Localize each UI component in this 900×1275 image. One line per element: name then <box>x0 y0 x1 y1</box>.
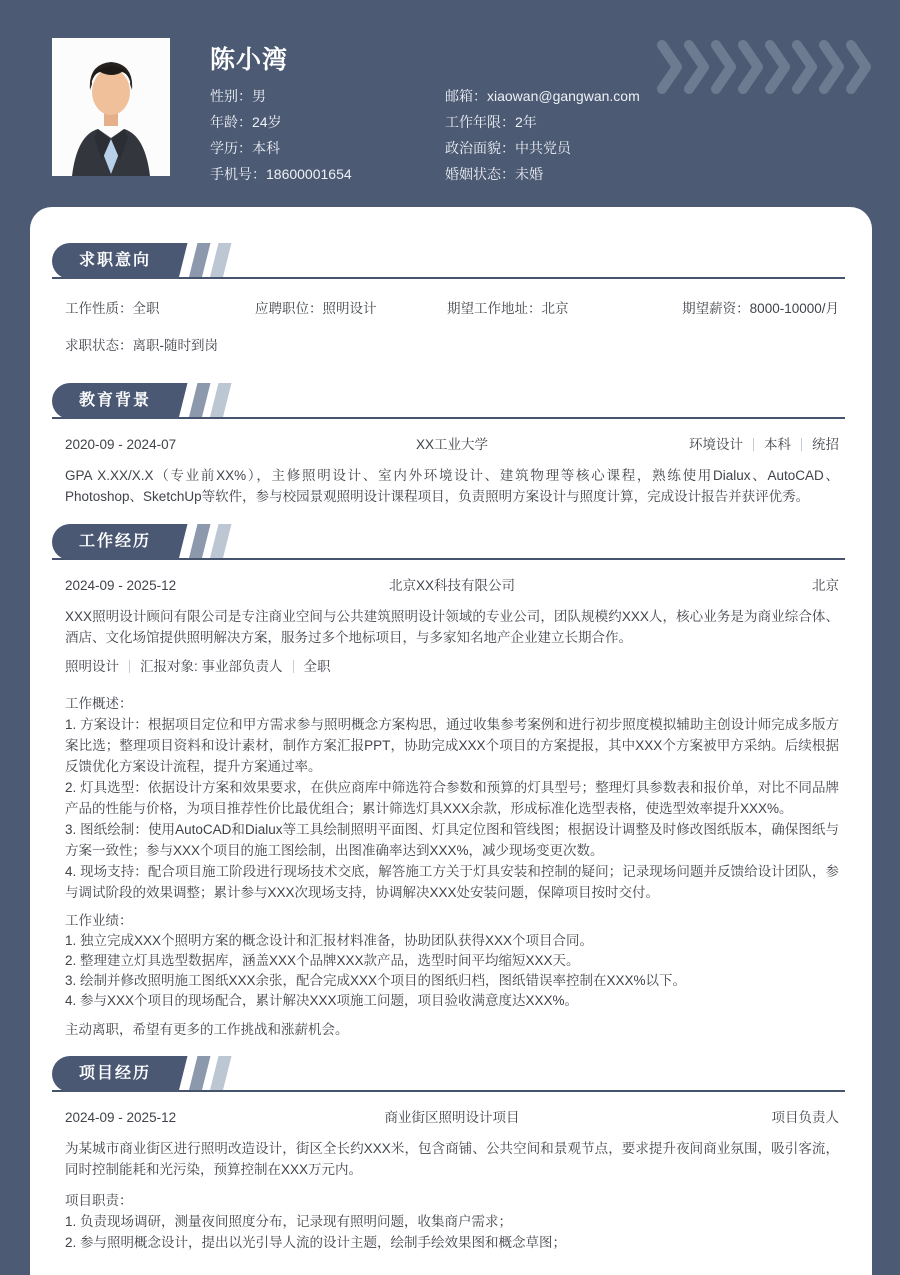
info-gender: 性别：男 <box>210 83 352 109</box>
profile-photo <box>52 38 170 176</box>
info-experience-years: 工作年限：2年 <box>445 109 640 135</box>
header-info-left: 性别：男 年龄：24岁 学历：本科 手机号：18600001654 <box>210 83 352 187</box>
field-value: 离职-随时到岗 <box>133 338 219 353</box>
profile-photo-illustration <box>52 38 170 176</box>
work-overview-item: 2. 灯具选型：依据设计方案和效果要求，在供应商库中筛选符合参数和预算的灯具型号… <box>65 777 839 819</box>
section-title-badge: 求职意向 <box>52 243 185 279</box>
info-label: 工作年限： <box>445 114 515 130</box>
company-name: 北京XX科技有限公司 <box>275 577 629 595</box>
badge-stripe-icon <box>210 243 232 279</box>
info-phone: 手机号：18600001654 <box>210 161 352 187</box>
field-value: 全职 <box>133 301 160 316</box>
work-location: 北京 <box>629 577 839 595</box>
project-role: 项目负责人 <box>629 1109 839 1127</box>
project-name: 商业街区照明设计项目 <box>275 1109 629 1127</box>
field-label: 工作性质： <box>65 301 133 316</box>
project-entry-row: 2024-09 - 2025-12 商业街区照明设计项目 项目负责人 <box>65 1109 839 1127</box>
info-political-status: 政治面貌：中共党员 <box>445 135 640 161</box>
project-duty-label: 项目职责： <box>65 1190 839 1211</box>
work-period: 2024-09 - 2025-12 <box>65 577 275 595</box>
education-description: GPA X.XX/X.X（专业前XX%），主修照明设计、室内外环境设计、建筑物理… <box>65 465 839 507</box>
major-tag: 环境设计 <box>689 437 743 452</box>
position-tag: 照明设计 <box>65 659 119 674</box>
target-position-field: 应聘职位：照明设计 <box>255 300 447 318</box>
field-label: 求职状态： <box>65 338 133 353</box>
badge-stripe-icon <box>210 383 232 419</box>
leaving-reason: 主动离职，希望有更多的工作挑战和涨薪机会。 <box>65 1020 839 1040</box>
resume-card: 求职意向 工作性质：全职 应聘职位：照明设计 期望工作地址：北京 期望薪资：80… <box>30 207 872 1275</box>
project-duty-item: 2. 参与照明概念设计，提出以光引导人流的设计主题，绘制手绘效果图和概念草图； <box>65 1232 839 1253</box>
section-job-intent: 工作性质：全职 应聘职位：照明设计 期望工作地址：北京 期望薪资：8000-10… <box>52 300 845 355</box>
resume-page: { "theme":{ "bg":"#4c5a74", "accent":"#4… <box>0 0 900 1275</box>
field-value: 北京 <box>542 301 569 316</box>
info-label: 邮箱： <box>445 88 487 104</box>
badge-stripe-icon <box>210 524 232 560</box>
project-description: 为某城市商业街区进行照明改造设计，街区全长约XXX米，包含商铺、公共空间和景观节… <box>65 1138 839 1180</box>
work-overview-item: 4. 现场支持：配合项目施工阶段进行现场技术交底，解答施工方关于灯具安装和控制的… <box>65 861 839 903</box>
header: 陈小湾 性别：男 年龄：24岁 学历：本科 手机号：18600001654 邮箱… <box>0 0 900 207</box>
info-value: 2年 <box>515 114 537 130</box>
info-label: 性别： <box>210 88 252 104</box>
project-duties: 项目职责： 1. 负责现场调研，测量夜间照度分布，记录现有照明问题，收集商户需求… <box>65 1190 839 1253</box>
pipe-divider <box>753 438 754 451</box>
work-achievement-item: 2. 整理建立灯具选型数据库，涵盖XXX个品牌XXX款产品，选型时间平均缩短XX… <box>65 951 839 971</box>
pipe-divider <box>293 660 294 673</box>
badge-stripe-icon <box>189 524 211 560</box>
badge-stripe-icon <box>189 383 211 419</box>
field-value: 8000-10000/月 <box>750 301 839 316</box>
info-age: 年龄：24岁 <box>210 109 352 135</box>
info-label: 政治面貌： <box>445 140 515 156</box>
info-label: 年龄： <box>210 114 252 130</box>
work-entry-row: 2024-09 - 2025-12 北京XX科技有限公司 北京 <box>65 577 839 595</box>
field-value: 照明设计 <box>323 301 377 316</box>
info-label: 手机号： <box>210 166 266 182</box>
section-header-education: 教育背景 <box>52 383 845 419</box>
company-intro: XXX照明设计顾问有限公司是专注商业空间与公共建筑照明设计领域的专业公司，团队规… <box>65 606 839 648</box>
job-intent-row: 工作性质：全职 应聘职位：照明设计 期望工作地址：北京 期望薪资：8000-10… <box>65 300 839 318</box>
report-to-tag: 汇报对象: 事业部负责人 <box>140 659 283 674</box>
info-value: 24岁 <box>252 114 282 130</box>
section-work: 2024-09 - 2025-12 北京XX科技有限公司 北京 XXX照明设计顾… <box>52 577 845 1040</box>
work-meta-row: 照明设计汇报对象: 事业部负责人全职 <box>65 656 839 677</box>
section-title: 求职意向 <box>79 252 151 269</box>
section-project: 2024-09 - 2025-12 商业街区照明设计项目 项目负责人 为某城市商… <box>52 1109 845 1253</box>
expected-salary-field: 期望薪资：8000-10000/月 <box>662 300 839 318</box>
target-location-field: 期望工作地址：北京 <box>447 300 662 318</box>
badge-stripe-icon <box>189 1056 211 1092</box>
pipe-divider <box>801 438 802 451</box>
section-header-job-intent: 求职意向 <box>52 243 845 279</box>
badge-stripe-icon <box>189 243 211 279</box>
info-value: 18600001654 <box>266 166 352 182</box>
pipe-divider <box>129 660 130 673</box>
section-title-badge: 工作经历 <box>52 524 185 560</box>
degree-tag: 本科 <box>764 437 791 452</box>
education-tags: 环境设计本科统招 <box>629 436 839 454</box>
project-duty-item: 1. 负责现场调研，测量夜间照度分布，记录现有照明问题，收集商户需求； <box>65 1211 839 1232</box>
section-title: 项目经历 <box>79 1065 151 1082</box>
section-header-work: 工作经历 <box>52 524 845 560</box>
info-label: 学历： <box>210 140 252 156</box>
badge-stripe-icon <box>210 1056 232 1092</box>
field-label: 应聘职位： <box>255 301 323 316</box>
info-label: 婚姻状态： <box>445 166 515 182</box>
education-entry-row: 2020-09 - 2024-07 XX工业大学 环境设计本科统招 <box>65 436 839 454</box>
chevron-decoration-icon <box>656 40 872 99</box>
education-period: 2020-09 - 2024-07 <box>65 436 275 454</box>
work-achievement-item: 1. 独立完成XXX个照明方案的概念设计和汇报材料准备，协助团队获得XXX个项目… <box>65 931 839 951</box>
info-value: xiaowan@gangwan.com <box>487 88 640 104</box>
info-marital-status: 婚姻状态：未婚 <box>445 161 640 187</box>
section-title: 工作经历 <box>79 533 151 550</box>
work-achievements: 工作业绩： 1. 独立完成XXX个照明方案的概念设计和汇报材料准备，协助团队获得… <box>65 911 839 1011</box>
enrollment-tag: 统招 <box>812 437 839 452</box>
work-overview: 工作概述： 1. 方案设计：根据项目定位和甲方需求参与照明概念方案构思，通过收集… <box>65 693 839 903</box>
info-value: 未婚 <box>515 166 543 182</box>
field-label: 期望工作地址： <box>447 301 542 316</box>
header-info-right: 邮箱：xiaowan@gangwan.com 工作年限：2年 政治面貌：中共党员… <box>445 83 640 187</box>
work-overview-label: 工作概述： <box>65 693 839 714</box>
work-achievement-item: 4. 参与XXX个项目的现场配合，累计解决XXX项施工问题，项目验收满意度达XX… <box>65 991 839 1011</box>
employment-type-tag: 全职 <box>304 659 331 674</box>
info-value: 男 <box>252 88 266 104</box>
work-overview-item: 3. 图纸绘制：使用AutoCAD和Dialux等工具绘制照明平面图、灯具定位图… <box>65 819 839 861</box>
project-period: 2024-09 - 2025-12 <box>65 1109 275 1127</box>
work-overview-item: 1. 方案设计：根据项目定位和甲方需求参与照明概念方案构思，通过收集参考案例和进… <box>65 714 839 777</box>
info-value: 本科 <box>252 140 280 156</box>
section-header-project: 项目经历 <box>52 1056 845 1092</box>
info-email: 邮箱：xiaowan@gangwan.com <box>445 83 640 109</box>
info-value: 中共党员 <box>515 140 571 156</box>
section-title-badge: 教育背景 <box>52 383 185 419</box>
job-type-field: 工作性质：全职 <box>65 300 255 318</box>
candidate-name: 陈小湾 <box>210 40 288 76</box>
section-title-badge: 项目经历 <box>52 1056 185 1092</box>
field-label: 期望薪资： <box>682 301 750 316</box>
info-degree: 学历：本科 <box>210 135 352 161</box>
work-achievement-label: 工作业绩： <box>65 911 839 931</box>
section-title: 教育背景 <box>79 392 151 409</box>
job-status-field: 求职状态：离职-随时到岗 <box>65 337 839 355</box>
section-education: 2020-09 - 2024-07 XX工业大学 环境设计本科统招 GPA X.… <box>52 436 845 507</box>
school-name: XX工业大学 <box>275 436 629 454</box>
work-achievement-item: 3. 绘制并修改照明施工图纸XXX余张，配合完成XXX个项目的图纸归档，图纸错误… <box>65 971 839 991</box>
